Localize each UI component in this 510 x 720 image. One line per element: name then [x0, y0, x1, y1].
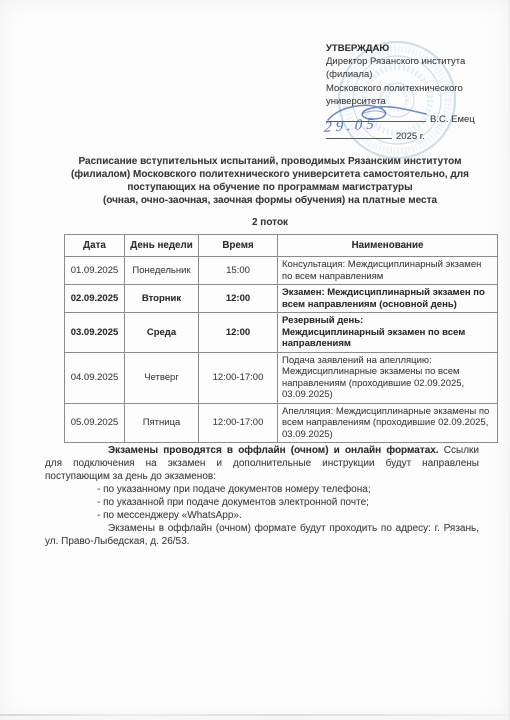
day-cell: Среда [125, 313, 199, 353]
footer-paragraph-1: Экзамены проводятся в оффлайн (очном) и … [45, 444, 479, 483]
bullet-item: - по указанной при подаче документов эле… [97, 496, 479, 509]
bullet-item: - по мессенджеру «WhatsApp». [97, 509, 479, 522]
schedule-table: Дата День недели Время Наименование 01.0… [64, 234, 498, 443]
bullet-list: - по указанному при подаче документов но… [97, 483, 479, 522]
date-row: 29.05 2025 г. [326, 128, 491, 144]
date-cell: 04.09.2025 [65, 352, 125, 403]
document-page: УТВЕРЖДАЮ Директор Рязанского института … [0, 0, 510, 720]
year-label: 2025 г. [396, 131, 425, 142]
date-cell: 02.09.2025 [65, 285, 125, 313]
day-cell: Понедельник [125, 257, 199, 285]
stream-label: 2 поток [45, 216, 495, 229]
date-cell: 03.09.2025 [65, 313, 125, 353]
time-cell: 12:00-17:00 [199, 352, 278, 403]
table-header-row: Дата День недели Время Наименование [65, 235, 498, 257]
time-cell: 12:00 [199, 285, 278, 313]
header-cell-date: Дата [65, 235, 125, 257]
scan-edge-artifact [0, 714, 510, 716]
footer-text: Экзамены проводятся в оффлайн (очном) и … [45, 444, 479, 548]
approval-block: УТВЕРЖДАЮ Директор Рязанского института … [326, 42, 491, 144]
header-cell-name: Наименование [278, 235, 498, 257]
time-cell: 12:00 [199, 313, 278, 353]
table-row: 01.09.2025 Понедельник 15:00 Консультаци… [65, 257, 498, 285]
name-cell: Резервный день: Междисциплинарный экзаме… [278, 313, 498, 353]
day-cell: Вторник [125, 285, 199, 313]
table-row: 05.09.2025 Пятница 12:00-17:00 Апелляция… [65, 403, 498, 443]
title-line: (очная, очно-заочная, заочная формы обуч… [45, 194, 495, 207]
approval-line: Директор Рязанского института [326, 55, 491, 68]
approval-line: (филиала) [326, 68, 491, 81]
bullet-item: - по указанному при подаче документов но… [97, 483, 479, 496]
signatory-name: В.С. Емец [430, 114, 475, 125]
date-cell: 05.09.2025 [65, 403, 125, 443]
title-line: Расписание вступительных испытаний, пров… [45, 155, 495, 168]
title-line: поступающих на обучение по программам ма… [45, 181, 495, 194]
header-cell-time: Время [199, 235, 278, 257]
time-cell: 15:00 [199, 257, 278, 285]
table-row: 04.09.2025 Четверг 12:00-17:00 Подача за… [65, 352, 498, 403]
table-row: 02.09.2025 Вторник 12:00 Экзамен: Междис… [65, 285, 498, 313]
title-line: (филиалом) Московского политехнического … [45, 168, 495, 181]
date-cell: 01.09.2025 [65, 257, 125, 285]
handwritten-date: 29.05 [324, 118, 379, 135]
name-cell: Подача заявлений на апелляцию: Междисцип… [278, 352, 498, 403]
footer-paragraph-2: Экзамены в оффлайн (очном) формате будут… [45, 522, 479, 548]
table-row: 03.09.2025 Среда 12:00 Резервный день: М… [65, 313, 498, 353]
approval-heading: УТВЕРЖДАЮ [326, 42, 491, 55]
header-cell-day: День недели [125, 235, 199, 257]
day-cell: Пятница [125, 403, 199, 443]
approval-line: Московского политехнического [326, 82, 491, 95]
footer-paragraph-1-lead: Экзамены проводятся в оффлайн (очном) и … [108, 445, 439, 456]
name-cell: Экзамен: Междисциплинарный экзамен по вс… [278, 285, 498, 313]
day-cell: Четверг [125, 352, 199, 403]
document-title: Расписание вступительных испытаний, пров… [45, 155, 495, 229]
name-cell: Консультация: Междисциплинарный экзамен … [278, 257, 498, 285]
name-cell: Апелляция: Междисциплинарные экзамены по… [278, 403, 498, 443]
time-cell: 12:00-17:00 [199, 403, 278, 443]
